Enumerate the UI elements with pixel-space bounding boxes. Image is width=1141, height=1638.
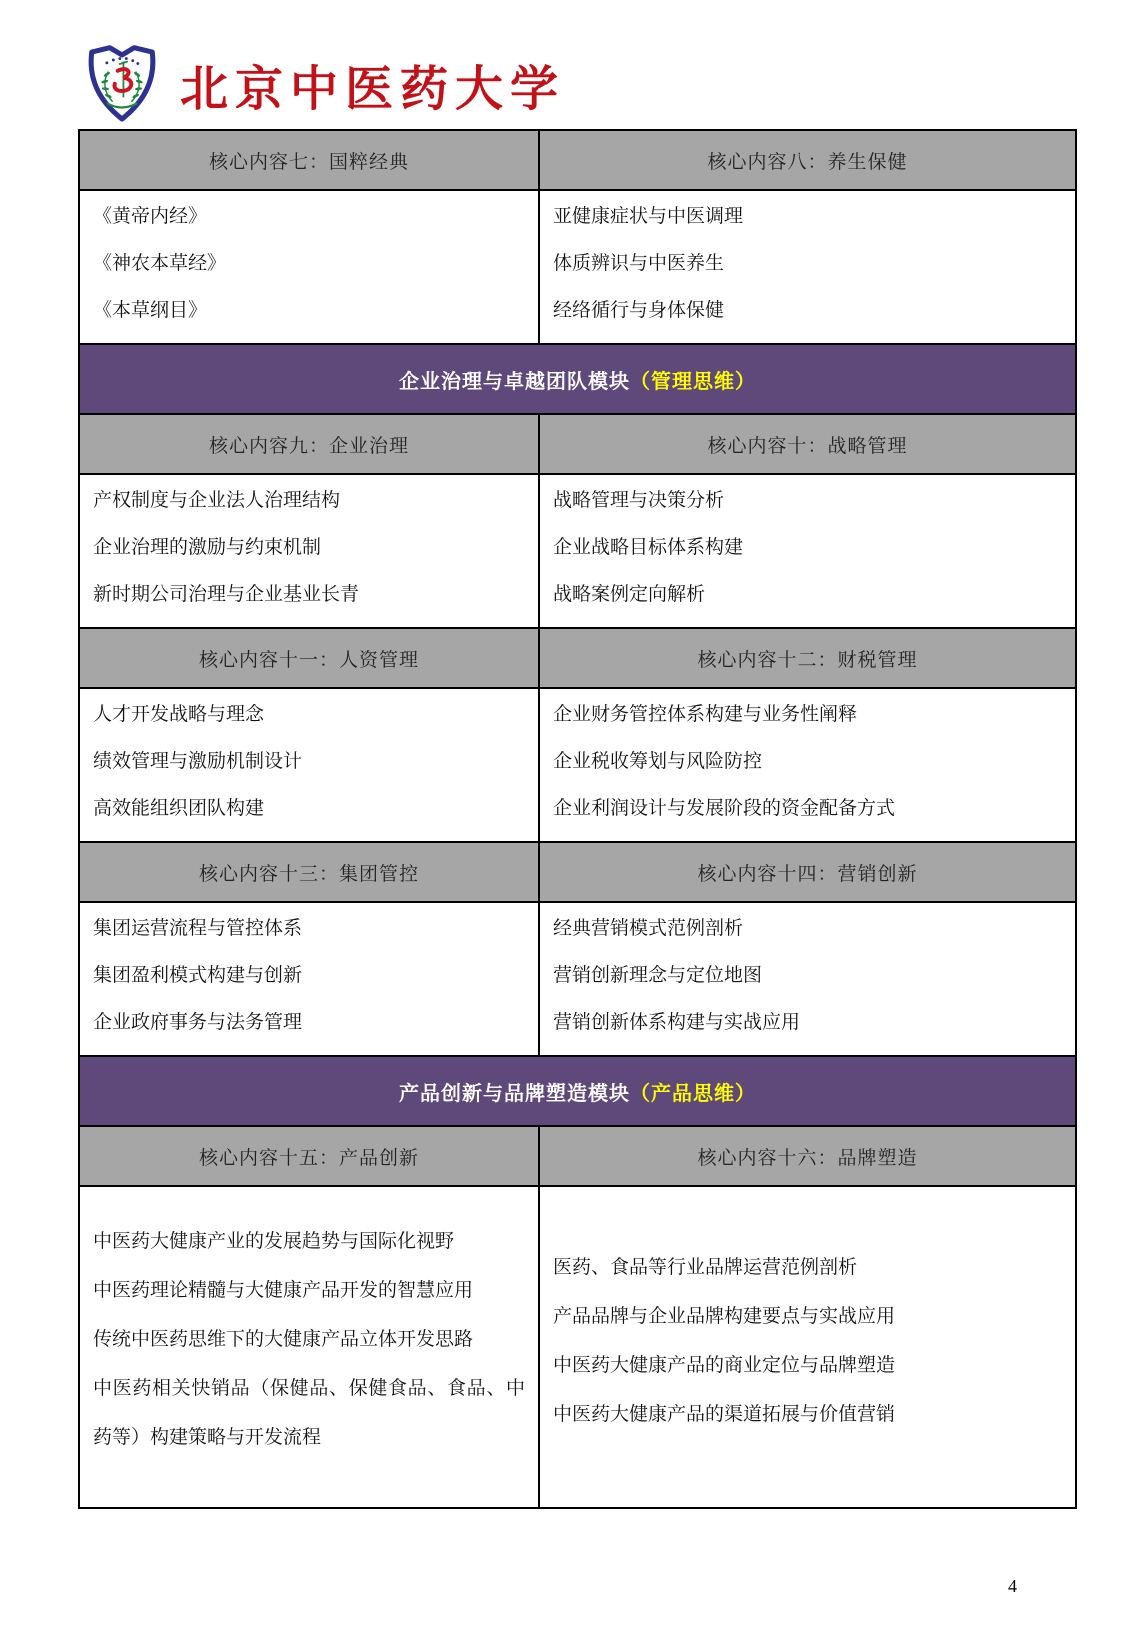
- table-section-classics-health: 核心内容七：国粹经典 《黄帝内经》 《神农本草经》 《本草纲目》 核心内容八：养…: [80, 131, 1075, 343]
- course-item: 战略管理与决策分析: [553, 477, 1062, 524]
- column-header: 核心内容十二：财税管理: [540, 629, 1075, 689]
- course-item: 经络循行与身体保健: [553, 287, 1062, 334]
- course-item: 《神农本草经》: [93, 240, 525, 287]
- module-banner-highlight: （管理思维）: [630, 365, 756, 394]
- table-column: 核心内容十六：品牌塑造 医药、食品等行业品牌运营范例剖析 产品品牌与企业品牌构建…: [540, 1127, 1075, 1507]
- module-banner-product: 产品创新与品牌塑造模块（产品思维）: [80, 1055, 1075, 1125]
- course-item: 营销创新理念与定位地图: [553, 952, 1062, 999]
- column-header: 核心内容十：战略管理: [540, 415, 1075, 475]
- course-item: 中医药大健康产品的商业定位与品牌塑造: [553, 1341, 1062, 1390]
- column-header: 核心内容十一：人资管理: [80, 629, 538, 689]
- course-item: 人才开发战略与理念: [93, 691, 525, 738]
- table-column: 核心内容十四：营销创新 经典营销模式范例剖析 营销创新理念与定位地图 营销创新体…: [540, 843, 1075, 1055]
- cell-content: 企业财务管控体系构建与业务性阐释 企业税收筹划与风险防控 企业利润设计与发展阶段…: [540, 689, 1075, 841]
- table-section-group-marketing: 核心内容十三：集团管控 集团运营流程与管控体系 集团盈利模式构建与创新 企业政府…: [80, 841, 1075, 1055]
- course-item: 战略案例定向解析: [553, 571, 1062, 618]
- university-shield-logo: [86, 44, 158, 122]
- column-header: 核心内容十四：营销创新: [540, 843, 1075, 903]
- table-section-hr-finance: 核心内容十一：人资管理 人才开发战略与理念 绩效管理与激励机制设计 高效能组织团…: [80, 627, 1075, 841]
- course-item: 企业战略目标体系构建: [553, 524, 1062, 571]
- course-item: 医药、食品等行业品牌运营范例剖析: [553, 1243, 1062, 1292]
- cell-content: 医药、食品等行业品牌运营范例剖析 产品品牌与企业品牌构建要点与实战应用 中医药大…: [540, 1187, 1075, 1507]
- table-column: 核心内容十三：集团管控 集团运营流程与管控体系 集团盈利模式构建与创新 企业政府…: [80, 843, 540, 1055]
- course-item: 企业利润设计与发展阶段的资金配备方式: [553, 785, 1062, 832]
- table-section-governance-strategy: 核心内容九：企业治理 产权制度与企业法人治理结构 企业治理的激励与约束机制 新时…: [80, 413, 1075, 627]
- university-name: 北京中医药大学: [180, 52, 565, 114]
- course-table: 核心内容七：国粹经典 《黄帝内经》 《神农本草经》 《本草纲目》 核心内容八：养…: [78, 129, 1077, 1509]
- course-item: 高效能组织团队构建: [93, 785, 525, 832]
- module-banner-management: 企业治理与卓越团队模块（管理思维）: [80, 343, 1075, 413]
- course-item: 中医药大健康产品的渠道拓展与价值营销: [553, 1390, 1062, 1439]
- page-number: 4: [1008, 1576, 1017, 1597]
- cell-content: 战略管理与决策分析 企业战略目标体系构建 战略案例定向解析: [540, 475, 1075, 627]
- table-column: 核心内容七：国粹经典 《黄帝内经》 《神农本草经》 《本草纲目》: [80, 131, 540, 343]
- course-item: 企业税收筹划与风险防控: [553, 738, 1062, 785]
- course-item: 集团运营流程与管控体系: [93, 905, 525, 952]
- course-item: 企业政府事务与法务管理: [93, 999, 525, 1046]
- cell-content: 产权制度与企业法人治理结构 企业治理的激励与约束机制 新时期公司治理与企业基业长…: [80, 475, 538, 627]
- table-section-product-brand: 核心内容十五：产品创新 中医药大健康产业的发展趋势与国际化视野 中医药理论精髓与…: [80, 1125, 1075, 1507]
- cell-content: 集团运营流程与管控体系 集团盈利模式构建与创新 企业政府事务与法务管理: [80, 903, 538, 1055]
- course-item: 体质辨识与中医养生: [553, 240, 1062, 287]
- cell-content: 中医药大健康产业的发展趋势与国际化视野 中医药理论精髓与大健康产品开发的智慧应用…: [80, 1187, 538, 1507]
- course-item: 中医药理论精髓与大健康产品开发的智慧应用: [93, 1266, 525, 1315]
- table-column: 核心内容十五：产品创新 中医药大健康产业的发展趋势与国际化视野 中医药理论精髓与…: [80, 1127, 540, 1507]
- module-banner-highlight: （产品思维）: [630, 1077, 756, 1106]
- module-banner-title: 企业治理与卓越团队模块: [399, 365, 630, 394]
- table-column: 核心内容九：企业治理 产权制度与企业法人治理结构 企业治理的激励与约束机制 新时…: [80, 415, 540, 627]
- course-item: 产品品牌与企业品牌构建要点与实战应用: [553, 1292, 1062, 1341]
- column-header: 核心内容八：养生保健: [540, 131, 1075, 191]
- table-column: 核心内容八：养生保健 亚健康症状与中医调理 体质辨识与中医养生 经络循行与身体保…: [540, 131, 1075, 343]
- course-item: 新时期公司治理与企业基业长青: [93, 571, 525, 618]
- course-item: 《黄帝内经》: [93, 193, 525, 240]
- page-header: 北京中医药大学: [86, 44, 565, 122]
- course-item: 产权制度与企业法人治理结构: [93, 477, 525, 524]
- table-column: 核心内容十一：人资管理 人才开发战略与理念 绩效管理与激励机制设计 高效能组织团…: [80, 629, 540, 841]
- column-header: 核心内容十五：产品创新: [80, 1127, 538, 1187]
- column-header: 核心内容十三：集团管控: [80, 843, 538, 903]
- column-header: 核心内容九：企业治理: [80, 415, 538, 475]
- column-header: 核心内容十六：品牌塑造: [540, 1127, 1075, 1187]
- course-item: 中医药相关快销品（保健品、保健食品、食品、中药等）构建策略与开发流程: [93, 1364, 525, 1462]
- course-item: 绩效管理与激励机制设计: [93, 738, 525, 785]
- course-item: 《本草纲目》: [93, 287, 525, 334]
- course-item: 传统中医药思维下的大健康产品立体开发思路: [93, 1315, 525, 1364]
- module-banner-title: 产品创新与品牌塑造模块: [399, 1077, 630, 1106]
- course-item: 营销创新体系构建与实战应用: [553, 999, 1062, 1046]
- table-column: 核心内容十：战略管理 战略管理与决策分析 企业战略目标体系构建 战略案例定向解析: [540, 415, 1075, 627]
- course-item: 亚健康症状与中医调理: [553, 193, 1062, 240]
- cell-content: 《黄帝内经》 《神农本草经》 《本草纲目》: [80, 191, 538, 343]
- course-item: 企业财务管控体系构建与业务性阐释: [553, 691, 1062, 738]
- course-item: 经典营销模式范例剖析: [553, 905, 1062, 952]
- course-item: 集团盈利模式构建与创新: [93, 952, 525, 999]
- table-column: 核心内容十二：财税管理 企业财务管控体系构建与业务性阐释 企业税收筹划与风险防控…: [540, 629, 1075, 841]
- document-page: 北京中医药大学 核心内容七：国粹经典 《黄帝内经》 《神农本草经》 《本草纲目》…: [0, 0, 1141, 1638]
- cell-content: 经典营销模式范例剖析 营销创新理念与定位地图 营销创新体系构建与实战应用: [540, 903, 1075, 1055]
- course-item: 中医药大健康产业的发展趋势与国际化视野: [93, 1217, 525, 1266]
- cell-content: 亚健康症状与中医调理 体质辨识与中医养生 经络循行与身体保健: [540, 191, 1075, 343]
- column-header: 核心内容七：国粹经典: [80, 131, 538, 191]
- course-item: 企业治理的激励与约束机制: [93, 524, 525, 571]
- cell-content: 人才开发战略与理念 绩效管理与激励机制设计 高效能组织团队构建: [80, 689, 538, 841]
